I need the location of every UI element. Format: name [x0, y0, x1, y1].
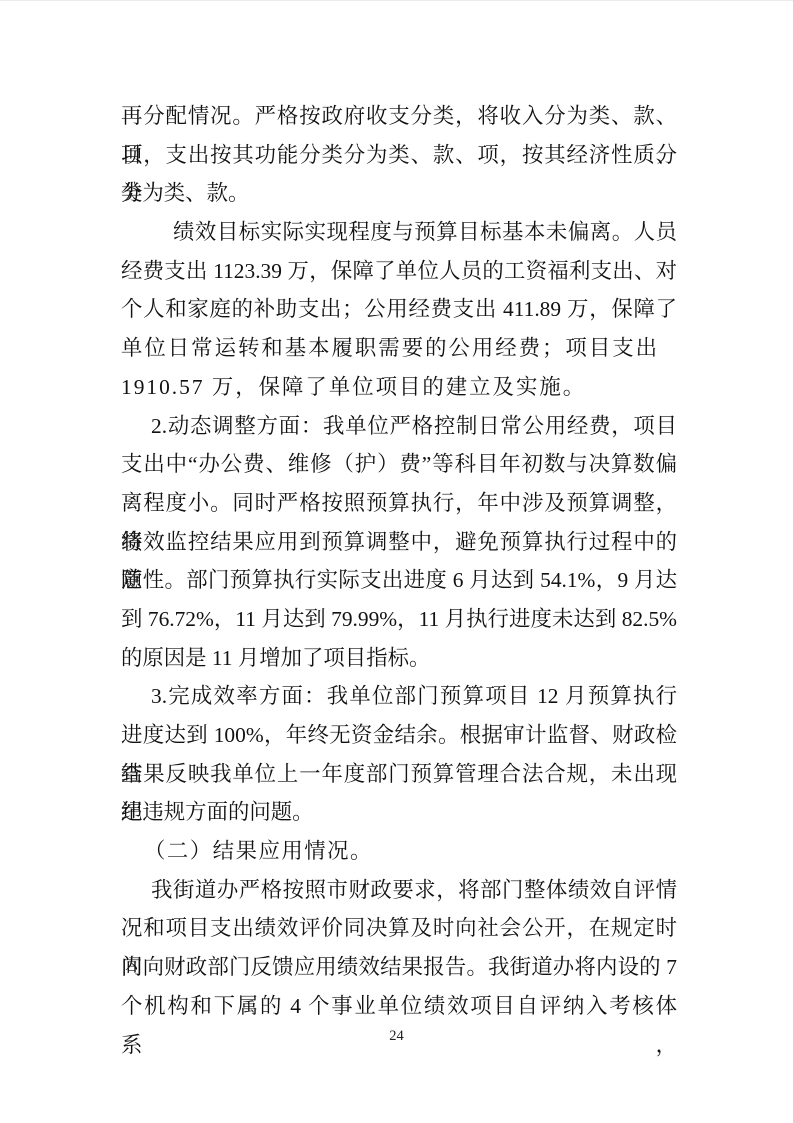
text-line: 内向财政部门反馈应用绩效结果报告。我街道办将内设的 7: [121, 948, 677, 987]
text-line: 我街道办严格按照市财政要求，将部门整体绩效自评情: [121, 871, 677, 910]
text-line: 个机构和下属的 4 个事业单位绩效项目自评纳入考核体系，: [121, 987, 677, 1026]
text-line: 纪违规方面的问题。: [121, 793, 677, 832]
text-line: 1910.57 万，保障了单位项目的建立及实施。: [121, 368, 677, 407]
document-page: 再分配情况。严格按政府收支分类，将收入分为类、款、项、 目，支出按其功能分类分为…: [0, 0, 793, 1123]
text-line: 绩效目标实际实现程度与预算目标基本未偏离。人员: [121, 213, 677, 252]
text-line: 的原因是 11 月增加了项目指标。: [121, 639, 677, 678]
text-line: 再分配情况。严格按政府收支分类，将收入分为类、款、项、: [121, 97, 677, 136]
page-number: 24: [0, 1027, 793, 1045]
text-line: 到 76.72%，11 月达到 79.99%，11 月执行进度未达到 82.5%: [121, 600, 677, 639]
text-line: 绩效监控结果应用到预算调整中，避免预算执行过程中的随: [121, 523, 677, 562]
text-line: 单位日常运转和基本履职需要的公用经费；项目支出: [121, 329, 677, 368]
text-line: 进度达到 100%，年终无资金结余。根据审计监督、财政检查: [121, 716, 677, 755]
text-line: 况和项目支出绩效评价同决算及时向社会公开，在规定时间: [121, 909, 677, 948]
text-line: 支出中“办公费、维修（护）费”等科目年初数与决算数偏: [121, 445, 677, 484]
text-line: 经费支出 1123.39 万，保障了单位人员的工资福利支出、对: [121, 252, 677, 291]
text-line: 结果反映我单位上一年度部门预算管理合法合规，未出现违: [121, 755, 677, 794]
document-body: 再分配情况。严格按政府收支分类，将收入分为类、款、项、 目，支出按其功能分类分为…: [121, 97, 677, 1026]
text-line: 个人和家庭的补助支出；公用经费支出 411.89 万，保障了: [121, 290, 677, 329]
text-line: 3.完成效率方面：我单位部门预算项目 12 月预算执行: [121, 677, 677, 716]
text-line: 目，支出按其功能分类分为类、款、项，按其经济性质分类: [121, 136, 677, 175]
text-line: 分为类、款。: [121, 174, 677, 213]
text-line: 意性。部门预算执行实际支出进度 6 月达到 54.1%，9 月达: [121, 561, 677, 600]
text-line: 离程度小。同时严格按照预算执行，年中涉及预算调整，将: [121, 484, 677, 523]
text-line: 2.动态调整方面：我单位严格控制日常公用经费，项目: [121, 407, 677, 446]
section-heading: （二）结果应用情况。: [121, 832, 677, 871]
